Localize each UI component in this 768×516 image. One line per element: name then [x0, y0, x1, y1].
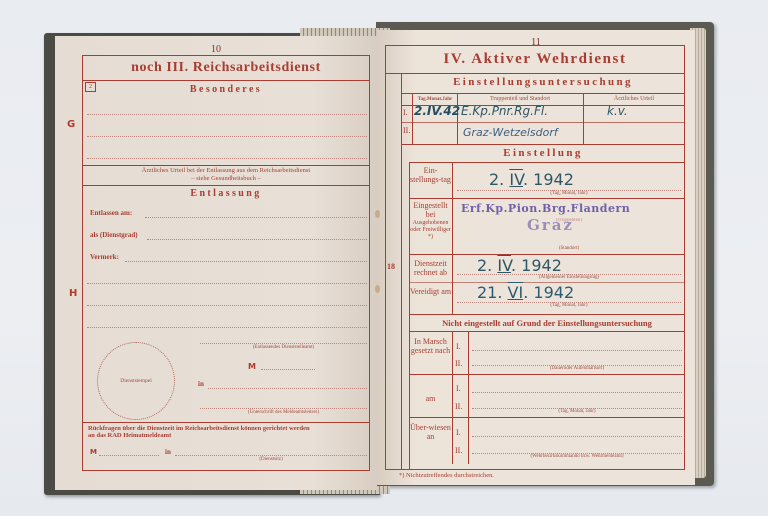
column-unit: Truppenteil und Standort	[457, 96, 583, 102]
einstellung-title: Einstellung	[401, 147, 685, 159]
stain	[375, 285, 380, 293]
besonderes-line-2[interactable]	[87, 136, 367, 137]
divider	[82, 80, 370, 81]
marsch-field-1[interactable]	[472, 350, 682, 351]
place-caption: (Standort)	[457, 246, 681, 251]
marsch-caption: (Dauernder Aufenthaltsort)	[472, 366, 682, 371]
year: 1942	[533, 283, 574, 302]
divider	[401, 122, 685, 123]
divider	[409, 198, 685, 199]
divider	[401, 93, 685, 94]
divider	[409, 254, 685, 255]
am-caption: (Tag, Monat, Jahr)	[472, 409, 682, 414]
day: 2.	[477, 256, 492, 275]
untersuchung-title: Einstellungsuntersuchung	[401, 76, 685, 88]
exam-verdict-1[interactable]: k.v.	[607, 104, 628, 118]
entlassung-title: Entlassung	[82, 188, 370, 199]
roman-2: II.	[455, 446, 462, 455]
divider	[409, 417, 685, 418]
margin-letter-g: G	[67, 119, 75, 130]
dienstzeit-value[interactable]: 2. IV. 1942	[477, 256, 562, 275]
dienstzeit-label: Dienstzeit rechnet ab	[409, 259, 452, 277]
medical-note-line2: – siehe Gesundheitsbuch –	[82, 175, 370, 182]
roman-2: II.	[455, 359, 462, 368]
ueberwiesen-caption: (Wehrbezirkskommando bzw. Wehrmeldeamt)	[472, 454, 682, 459]
divider	[409, 314, 685, 315]
vereidigt-label: Vereidigt am	[409, 287, 452, 296]
am-label: am	[409, 394, 452, 403]
ueberwiesen-label: Über-wiesen an	[409, 423, 452, 441]
vermerk-line-4[interactable]	[87, 327, 367, 328]
in-label: in	[198, 380, 204, 388]
footnote: *) Nichtzutreffendes durchstreichen.	[399, 472, 494, 479]
besonderes-line-3[interactable]	[87, 158, 367, 159]
roman-1: I.	[456, 342, 461, 351]
vereidigt-value[interactable]: 21. VI. 1942	[477, 283, 574, 302]
divider	[82, 185, 370, 186]
am-field-1[interactable]	[472, 392, 682, 393]
nicht-eingestellt-title: Nicht eingestellt auf Grund der Einstell…	[409, 318, 685, 328]
roman-1: I.	[456, 384, 461, 393]
row-index-2: II.	[403, 126, 410, 135]
divider	[452, 331, 453, 464]
besonderes-line-1[interactable]	[87, 114, 367, 115]
eingestellt-sub-label: Ausgehobenen oder Freiwilliger *)	[409, 220, 452, 241]
divider	[409, 374, 685, 375]
m-label: M	[248, 362, 256, 371]
unit-stamp: Erf.Kp.Pion.Brg.Flandern	[461, 202, 630, 215]
footer-in-label: in	[165, 448, 171, 456]
roman-1: I.	[456, 428, 461, 437]
column-verdict: Ärztliches Urteil	[583, 96, 685, 102]
einstellungstag-value[interactable]: 2. IV. 1942	[489, 170, 574, 189]
divider	[409, 162, 685, 163]
vereidigt-caption: (Tag, Monat, Jahr)	[457, 303, 681, 308]
right-page: 11 IV. Aktiver Wehrdienst 18 Einstellung…	[377, 30, 695, 485]
besonderes-title: Besonderes	[82, 84, 370, 95]
ueberwiesen-field-1[interactable]	[472, 436, 682, 437]
signature-field[interactable]	[200, 408, 367, 409]
einstellungstag-label: Ein-stellungs-tag	[409, 166, 452, 184]
vermerk-field[interactable]	[125, 261, 367, 262]
month: VI	[508, 283, 524, 302]
divider	[82, 422, 370, 423]
day: 2.	[489, 170, 504, 189]
page-number: 10	[55, 44, 377, 55]
vermerk-label: Vermerk:	[90, 253, 119, 261]
vermerk-line-3[interactable]	[87, 305, 367, 306]
month: IV	[509, 170, 523, 189]
row-index-1: I.	[403, 108, 408, 117]
stamp-label: Dienststempel	[97, 378, 175, 384]
footer-text-line1: Rückfragen über die Dienstzeit im Reichs…	[88, 425, 310, 432]
divider	[409, 331, 685, 332]
section-header: IV. Aktiver Wehrdienst	[385, 51, 685, 68]
footer-caption: (Dienstsitz)	[175, 457, 367, 462]
dienstgrad-label: als (Dienstgrad)	[90, 231, 138, 239]
year: 1942	[521, 256, 562, 275]
eingestellt-bei-label: Eingestellt bei	[409, 201, 452, 219]
footer-in-field[interactable]	[175, 455, 367, 456]
section-header: noch III. Reichsarbeitsdienst	[82, 60, 370, 76]
dienstzeit-caption: (Allgemeiner Einstellungstag)	[457, 275, 681, 280]
divider	[452, 162, 453, 314]
footer-m-label: M	[90, 448, 97, 456]
divider	[385, 73, 685, 74]
side-number: 18	[387, 262, 395, 271]
divider	[401, 144, 685, 145]
footer-text-line2: an das RAD Heimatmeldeamt	[88, 432, 171, 439]
entlassen-am-field[interactable]	[145, 217, 367, 218]
month: IV	[497, 256, 511, 275]
signature-caption: (Unterschrift des Meldeamtsleiters)	[200, 410, 367, 415]
divider	[401, 73, 402, 470]
exam-unit-2[interactable]: Graz-Wetzelsdorf	[463, 126, 558, 139]
exam-date-1[interactable]: 2.IV.42	[414, 104, 460, 118]
m-field[interactable]	[261, 369, 315, 370]
place-stamp: Graz	[527, 216, 574, 234]
footer-m-field[interactable]	[99, 455, 159, 456]
in-field[interactable]	[208, 388, 367, 389]
einstellungstag-caption: (Tag, Monat, Jahr)	[457, 191, 681, 196]
stain	[375, 210, 380, 218]
unit-caption: (Entlassendes Dienststelleamt)	[200, 345, 367, 350]
medical-note-line1: Ärztliches Urteil bei der Entlassung aus…	[82, 167, 370, 174]
column-date: Tag.Monat.Jahr	[413, 97, 457, 102]
margin-letter-h: H	[69, 288, 77, 299]
year: 1942	[533, 170, 574, 189]
divider	[468, 331, 469, 464]
exam-unit-1[interactable]: E.Kp.Pnr.Rg.Fl.	[461, 104, 548, 118]
day: 21.	[477, 283, 502, 302]
dienstgrad-field[interactable]	[147, 239, 367, 240]
vermerk-line-2[interactable]	[87, 283, 367, 284]
left-page: 10 G H noch III. Reichsarbeitsdienst 2 B…	[55, 36, 377, 490]
entlassen-am-label: Entlassen am:	[90, 209, 132, 217]
divider	[82, 165, 370, 166]
roman-2: II.	[455, 402, 462, 411]
unit-field[interactable]	[200, 343, 367, 344]
marsch-label: In Marsch gesetzt nach	[409, 337, 452, 355]
